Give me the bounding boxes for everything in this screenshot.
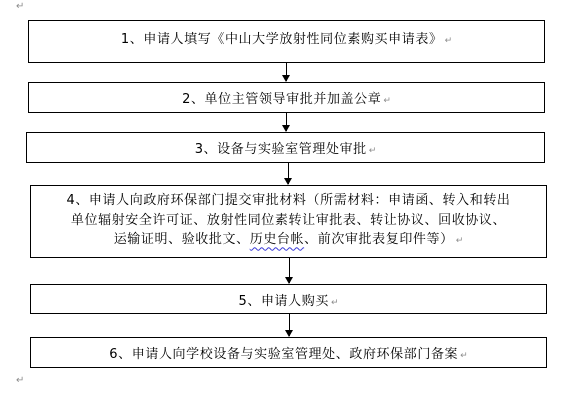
step-4-line-3: 运输证明、验收批文、历史台帐、前次审批表复印件等）↵ [66,230,510,252]
arrow-down-icon [286,113,287,131]
paragraph-mark: ↵ [383,96,391,106]
paragraph-mark: ↵ [331,298,339,308]
step-5-box: 5、申请人购买↵ [30,284,547,314]
paragraph-mark: ↵ [16,2,24,12]
step-5-text: 5、申请人购买 [238,294,328,309]
step-2-box: 2、单位主管领导审批并加盖公章↵ [28,82,545,113]
spellcheck-underlined-text: 历史台帐 [250,232,304,247]
step-1-box: 1、申请人填写《中山大学放射性同位素购买申请表》↵ [28,20,545,63]
step-4-line-1: 4、申请人向政府环保部门提交审批材料（所需材料：申请函、转入和转出 [66,191,510,211]
step-1-text: 1、申请人填写《中山大学放射性同位素购买申请表》 [121,32,443,47]
paragraph-mark: ↵ [16,376,24,386]
arrow-down-icon [286,63,287,81]
step-6-text: 6、申请人向学校设备与实验室管理处、政府环保部门备案 [109,347,458,362]
paragraph-mark: ↵ [460,351,468,361]
arrow-down-icon [288,163,289,184]
step-3-text: 3、设备与实验室管理处审批 [195,142,367,157]
step-4-box: 4、申请人向政府环保部门提交审批材料（所需材料：申请函、转入和转出 单位辐射安全… [30,185,547,258]
step-3-box: 3、设备与实验室管理处审批↵ [26,132,545,163]
paragraph-mark: ↵ [445,36,453,46]
arrow-down-icon [289,258,290,283]
arrow-down-icon [289,314,290,336]
paragraph-mark: ↵ [369,146,377,156]
step-6-box: 6、申请人向学校设备与实验室管理处、政府环保部门备案↵ [30,337,547,368]
step-4-line-2: 单位辐射安全许可证、放射性同位素转让审批表、转让协议、回收协议、 [66,211,510,231]
paragraph-mark: ↵ [456,236,464,246]
step-2-text: 2、单位主管领导审批并加盖公章 [182,92,381,107]
